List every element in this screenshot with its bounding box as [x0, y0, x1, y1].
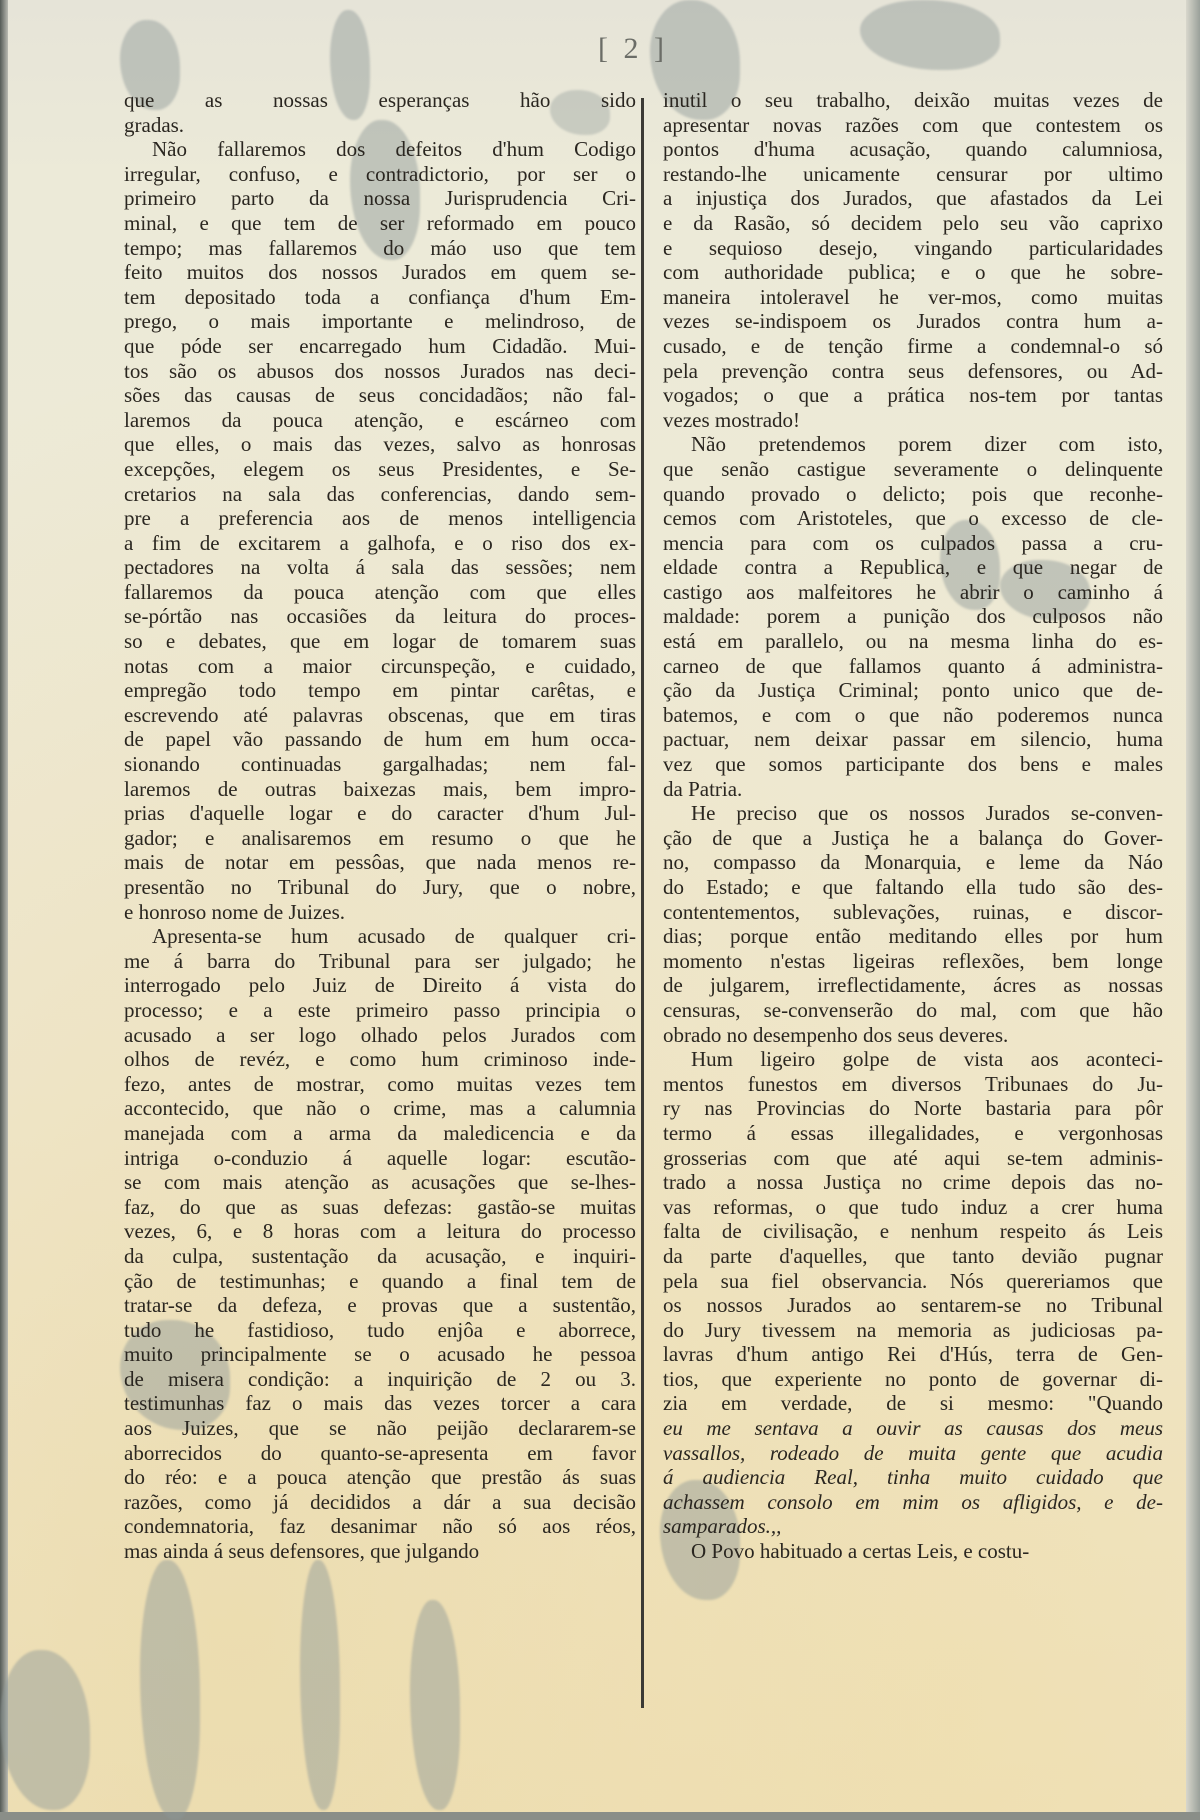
text-line: eu me sentava a ouvir as causas dos meus — [663, 1416, 1163, 1441]
text-line: se-pórtão nas occasiões da leitura do pr… — [124, 604, 636, 629]
text-line: tem depositado toda a confiança d'hum Em… — [124, 285, 636, 310]
text-line: vezes mostrado! — [663, 408, 1163, 433]
text-line: a fim de excitarem a galhofa, e o riso d… — [124, 531, 636, 556]
text-line: ção da Justiça Criminal; ponto unico que… — [663, 678, 1163, 703]
text-line: Hum ligeiro golpe de vista aos aconteci- — [663, 1047, 1163, 1072]
text-line: prias d'aquelle logar e do caracter d'hu… — [124, 801, 636, 826]
text-line: samparados.,, — [663, 1514, 1163, 1539]
text-line: fezo, antes de mostrar, como muitas veze… — [124, 1072, 636, 1097]
text-line: falta de civilisação, e nenhum respeito … — [663, 1219, 1163, 1244]
text-line: da culpa, sustentação da acusação, e inq… — [124, 1244, 636, 1269]
left-column: que as nossas esperanças hão sidogradas.… — [124, 88, 636, 1564]
text-line: vogados; o que a prática nos-tem por tan… — [663, 383, 1163, 408]
text-line: a injustiça dos Jurados, que afastados d… — [663, 186, 1163, 211]
text-line: empregão todo tempo em pintar carêtas, e — [124, 678, 636, 703]
text-line: cemos com Aristoteles, que o excesso de … — [663, 506, 1163, 531]
text-line: batemos, e com o que não poderemos nunca — [663, 703, 1163, 728]
text-line: mentos funestos em diversos Tribunaes do… — [663, 1072, 1163, 1097]
text-line: e da Rasão, só decidem pelo seu vão capr… — [663, 211, 1163, 236]
text-line: interrogado pelo Juiz de Direito á vista… — [124, 973, 636, 998]
text-line: e honroso nome de Juizes. — [124, 900, 636, 925]
text-line: trado a nossa Justiça no crime depois da… — [663, 1170, 1163, 1195]
text-line: tudo he fastidioso, tudo enjôa e aborrec… — [124, 1318, 636, 1343]
text-line: mencia para com os culpados passa a cru- — [663, 531, 1163, 556]
text-line: do réo: e a pouca atenção que prestão ás… — [124, 1465, 636, 1490]
text-line: muito principalmente se o acusado he pes… — [124, 1342, 636, 1367]
text-line: tos são os abusos dos nossos Jurados nas… — [124, 359, 636, 384]
text-line: me á barra do Tribunal para ser julgado;… — [124, 949, 636, 974]
text-line: e sequioso desejo, vingando particularid… — [663, 236, 1163, 261]
text-line: que elles, o mais das vezes, salvo as ho… — [124, 432, 636, 457]
text-line: restando-lhe unicamente censurar por ult… — [663, 162, 1163, 187]
text-line: maneira intoleravel he ver-mos, como mui… — [663, 285, 1163, 310]
text-line: tempo; mas fallaremos do máo uso que tem — [124, 236, 636, 261]
text-line: cretarios na sala das conferencias, dand… — [124, 482, 636, 507]
text-line: quando provado o delicto; pois que recon… — [663, 482, 1163, 507]
text-line: momento n'estas ligeiras reflexões, bem … — [663, 949, 1163, 974]
text-line: acusado a ser logo olhado pelos Jurados … — [124, 1023, 636, 1048]
text-line: Não fallaremos dos defeitos d'hum Codigo — [124, 137, 636, 162]
text-line: so e debates, que em logar de tomarem su… — [124, 629, 636, 654]
text-line: achassem consolo em mim os afligidos, e … — [663, 1490, 1163, 1515]
text-line: He preciso que os nossos Jurados se-conv… — [663, 801, 1163, 826]
water-stain — [140, 1560, 200, 1812]
text-line: eldade contra a Republica, e que negar d… — [663, 555, 1163, 580]
newspaper-page: [ 2 ] que as nossas esperanças hão sidog… — [0, 0, 1200, 1812]
text-line: inutil o seu trabalho, deixão muitas vez… — [663, 88, 1163, 113]
water-stain — [0, 1650, 90, 1810]
text-line: ry nas Provincias do Norte bastaria para… — [663, 1096, 1163, 1121]
page-number: [ 2 ] — [598, 32, 668, 66]
text-line: O Povo habituado a certas Leis, e costu- — [663, 1539, 1163, 1564]
text-line: cusado, e de tenção firme a condemnal-o … — [663, 334, 1163, 359]
text-line: laremos da pouca atenção, e escárneo com — [124, 408, 636, 433]
text-line: que as nossas esperanças hão sido — [124, 88, 636, 113]
text-line: irregular, confuso, e contradictorio, po… — [124, 162, 636, 187]
text-line: pectadores na volta á sala das sessões; … — [124, 555, 636, 580]
text-line: castigo aos malfeitores he abrir o camin… — [663, 580, 1163, 605]
water-stain — [300, 1560, 340, 1810]
text-line: sões das causas de seus concidadãos; não… — [124, 383, 636, 408]
text-line: processo; e a este primeiro passo princi… — [124, 998, 636, 1023]
text-line: mais de notar em pessôas, que nada menos… — [124, 850, 636, 875]
text-line: minal, e que tem de ser reformado em pou… — [124, 211, 636, 236]
text-line: vezes se-indispoem os Jurados contra hum… — [663, 309, 1163, 334]
page-edge-right — [1186, 0, 1200, 1812]
text-line: da Patria. — [663, 777, 1163, 802]
water-stain — [860, 0, 1000, 70]
text-line: pactuar, nem deixar passar em silencio, … — [663, 727, 1163, 752]
right-column: inutil o seu trabalho, deixão muitas vez… — [663, 88, 1163, 1564]
text-line: intriga o-conduzio á aquelle logar: escu… — [124, 1146, 636, 1171]
text-line: os nossos Jurados ao sentarem-se no Trib… — [663, 1293, 1163, 1318]
text-line: de papel vão passando de hum em hum occa… — [124, 727, 636, 752]
text-line: laremos de outras baixezas mais, bem imp… — [124, 777, 636, 802]
text-line: prego, o mais importante e melindroso, d… — [124, 309, 636, 334]
text-line: notas com a maior circunspeção, e cuidad… — [124, 654, 636, 679]
text-line: com authoridade publica; e o que he sobr… — [663, 260, 1163, 285]
text-line: vassallos, rodeado de muita gente que ac… — [663, 1441, 1163, 1466]
text-line: vez que somos participante dos bens e ma… — [663, 752, 1163, 777]
page-edge-left — [0, 0, 8, 1812]
text-line: condemnatoria, faz desanimar não só aos … — [124, 1514, 636, 1539]
text-line: sionando continuadas gargalhadas; nem fa… — [124, 752, 636, 777]
text-line: gradas. — [124, 113, 636, 138]
column-divider — [641, 98, 644, 1708]
text-line: ção de testimunhas; e quando a final tem… — [124, 1269, 636, 1294]
text-line: do Estado; e que faltando ella tudo são … — [663, 875, 1163, 900]
text-line: termo á essas illegalidades, e vergonhos… — [663, 1121, 1163, 1146]
text-line: tratar-se da defeza, e provas que a sust… — [124, 1293, 636, 1318]
text-line: tios, que experiente no ponto de governa… — [663, 1367, 1163, 1392]
text-line: Apresenta-se hum acusado de qualquer cri… — [124, 924, 636, 949]
text-line: primeiro parto da nossa Jurisprudencia C… — [124, 186, 636, 211]
text-line: no, compasso da Monarquia, e leme da Náo — [663, 850, 1163, 875]
text-line: pela prevenção contra seus defensores, o… — [663, 359, 1163, 384]
text-line: fallaremos da pouca atenção com que elle… — [124, 580, 636, 605]
text-line: contentementos, sublevações, ruinas, e d… — [663, 900, 1163, 925]
text-line: excepções, elegem os seus Presidentes, e… — [124, 457, 636, 482]
text-line: zia em verdade, de si mesmo: "Quando — [663, 1391, 1163, 1416]
text-line: manejada com a arma da maledicencia e da — [124, 1121, 636, 1146]
text-line: á audiencia Real, tinha muito cuidado qu… — [663, 1465, 1163, 1490]
text-line: accontecido, que não o crime, mas a calu… — [124, 1096, 636, 1121]
text-line: olhos de revéz, e como hum criminoso ind… — [124, 1047, 636, 1072]
text-line: pre a preferencia aos de menos intellige… — [124, 506, 636, 531]
text-line: vezes, 6, e 8 horas com a leitura do pro… — [124, 1219, 636, 1244]
text-line: Não pretendemos porem dizer com isto, — [663, 432, 1163, 457]
water-stain — [410, 1600, 460, 1810]
text-line: maldade: porem a punição dos culposos nã… — [663, 604, 1163, 629]
text-line: mas ainda á seus defensores, que julgand… — [124, 1539, 636, 1564]
text-line: escrevendo até palavras obscenas, que em… — [124, 703, 636, 728]
text-line: pela sua fiel observancia. Nós quereriam… — [663, 1269, 1163, 1294]
text-line: obrado no desempenho dos seus deveres. — [663, 1023, 1163, 1048]
text-line: de misera condição: a inquirição de 2 ou… — [124, 1367, 636, 1392]
text-line: grosserias com que até aqui se-tem admin… — [663, 1146, 1163, 1171]
text-line: testimunhas faz o mais das vezes torcer … — [124, 1391, 636, 1416]
text-line: faz, do que as suas defezas: gastão-se m… — [124, 1195, 636, 1220]
text-line: do Jury tivessem na memoria as judiciosa… — [663, 1318, 1163, 1343]
text-line: da parte d'aquelles, que tanto devião pu… — [663, 1244, 1163, 1269]
text-line: presentão no Tribunal do Jury, que o nob… — [124, 875, 636, 900]
text-line: que senão castigue severamente o delinqu… — [663, 457, 1163, 482]
text-line: está em parallelo, ou na mesma linha do … — [663, 629, 1163, 654]
text-line: gador; e analisaremos em resumo o que he — [124, 826, 636, 851]
text-line: de julgarem, irreflectidamente, ácres as… — [663, 973, 1163, 998]
text-line: censuras, se-convenserão do mal, com que… — [663, 998, 1163, 1023]
text-line: apresentar novas razões com que conteste… — [663, 113, 1163, 138]
text-line: lavras d'hum antigo Rei d'Hús, terra de … — [663, 1342, 1163, 1367]
text-line: pontos d'huma acusação, quando calumnios… — [663, 137, 1163, 162]
text-line: aos Juizes, que se não peijão declararem… — [124, 1416, 636, 1441]
text-line: aborrecidos do quanto-se-apresenta em fa… — [124, 1441, 636, 1466]
text-line: dias; porque então meditando elles por h… — [663, 924, 1163, 949]
text-line: razões, como já decididos a dár a sua de… — [124, 1490, 636, 1515]
text-line: feito muitos dos nossos Jurados em quem … — [124, 260, 636, 285]
text-line: se com mais atenção as acusações que se-… — [124, 1170, 636, 1195]
text-line: que póde ser encarregado hum Cidadão. Mu… — [124, 334, 636, 359]
text-line: carneo de que fallamos quanto á administ… — [663, 654, 1163, 679]
text-line: vas reformas, o que tudo induz a crer hu… — [663, 1195, 1163, 1220]
text-line: ção de que a Justiça he a balança do Gov… — [663, 826, 1163, 851]
